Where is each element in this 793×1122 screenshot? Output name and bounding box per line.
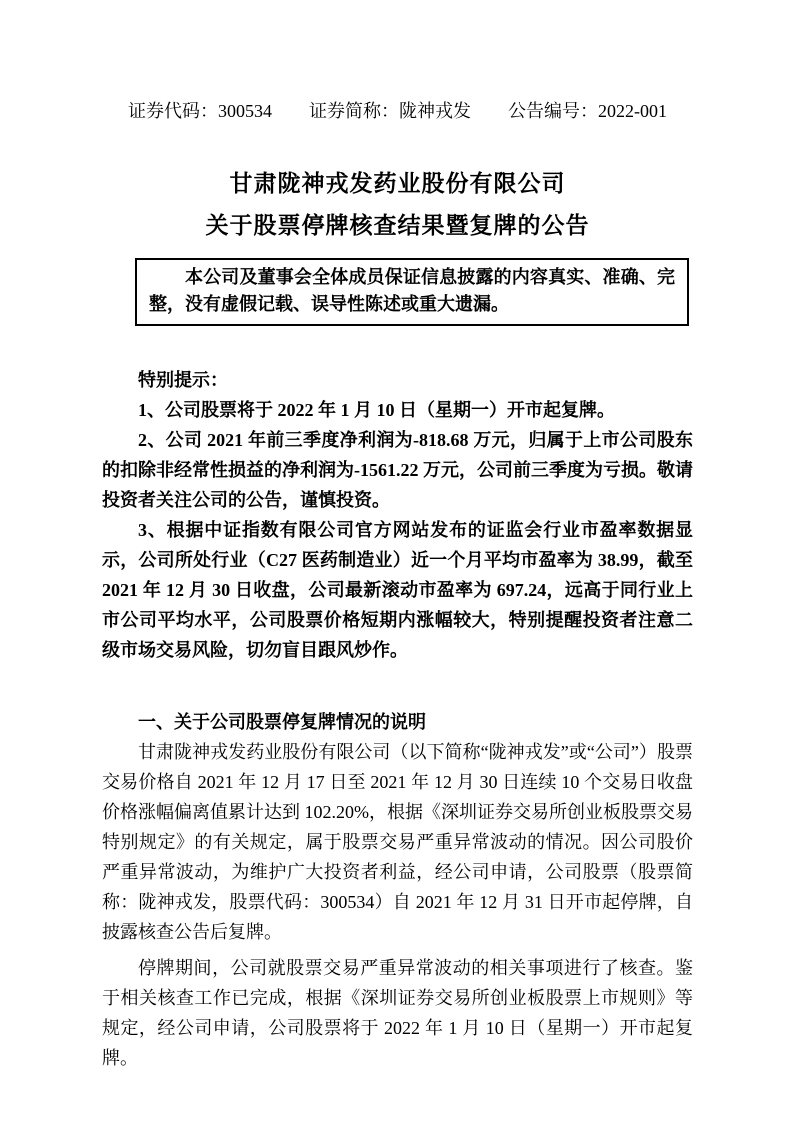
special-notice-section: 特别提示： 1、公司股票将于 2022 年 1 月 10 日（星期一）开市起复牌… <box>102 365 693 665</box>
section-1-paragraph-1: 甘肃陇神戎发药业股份有限公司（以下简称“陇神戎发”或“公司”）股票交易价格自 2… <box>102 737 693 947</box>
announcement-title: 关于股票停牌核查结果暨复牌的公告 <box>102 205 693 247</box>
announcement-page: 证券代码：300534 证券简称：陇神戎发 公告编号：2022-001 甘肃陇神… <box>0 0 793 1122</box>
stock-name: 证券简称：陇神戎发 <box>309 100 471 122</box>
stock-code: 证券代码：300534 <box>128 100 272 122</box>
disclaimer-text: 本公司及董事会全体成员保证信息披露的内容真实、准确、完整，没有虚假记载、误导性陈… <box>149 264 675 318</box>
document-header: 证券代码：300534 证券简称：陇神戎发 公告编号：2022-001 <box>102 100 693 122</box>
special-notice-item-2: 2、公司 2021 年前三季度净利润为-818.68 万元，归属于上市公司股东的… <box>102 425 693 515</box>
disclaimer-box: 本公司及董事会全体成员保证信息披露的内容真实、准确、完整，没有虚假记载、误导性陈… <box>135 258 689 326</box>
announcement-number: 公告编号：2022-001 <box>508 100 667 122</box>
section-1-heading: 一、关于公司股票停复牌情况的说明 <box>102 707 693 737</box>
company-name-title: 甘肃陇神戎发药业股份有限公司 <box>102 163 693 205</box>
special-notice-item-3: 3、根据中证指数有限公司官方网站发布的证监会行业市盈率数据显示，公司所处行业（C… <box>102 515 693 665</box>
title-block: 甘肃陇神戎发药业股份有限公司 关于股票停牌核查结果暨复牌的公告 <box>102 163 693 247</box>
section-suspension-resumption: 一、关于公司股票停复牌情况的说明 甘肃陇神戎发药业股份有限公司（以下简称“陇神戎… <box>102 707 693 1073</box>
special-notice-heading: 特别提示： <box>102 365 693 395</box>
section-1-paragraph-2: 停牌期间，公司就股票交易严重异常波动的相关事项进行了核查。鉴于相关核查工作已完成… <box>102 953 693 1073</box>
special-notice-item-1: 1、公司股票将于 2022 年 1 月 10 日（星期一）开市起复牌。 <box>102 395 693 425</box>
